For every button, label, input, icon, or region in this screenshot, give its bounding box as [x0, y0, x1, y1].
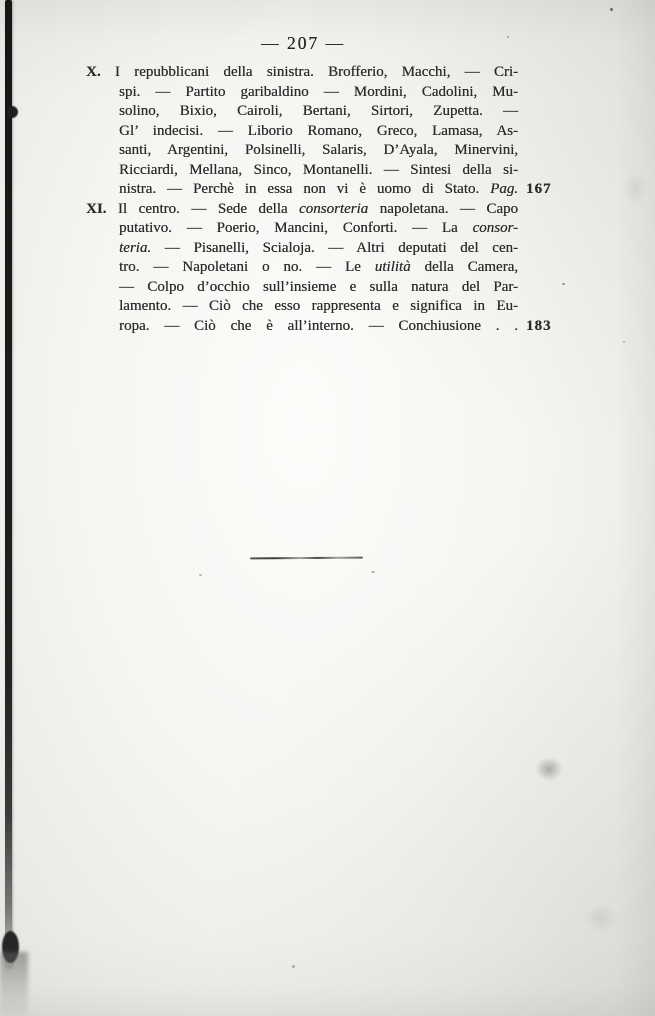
toc-line: teria. — Pisanelli, Scialoja. — Altri de…	[88, 239, 518, 259]
running-head-page-number: — 207 —	[88, 33, 518, 54]
toc-line: Gl’ indecisi. — Liborio Romano, Greco, L…	[88, 122, 518, 142]
toc-text-segment: santi, Argentini, Polsinelli, Salaris, D…	[119, 142, 518, 158]
toc-line: lamento. — Ciò che esso rappresenta e si…	[88, 297, 518, 317]
toc-text-segment: teria.	[119, 240, 151, 256]
toc-text-segment: spi. — Partito garibaldino — Mordini, Ca…	[119, 84, 518, 100]
toc-text-segment: Il centro. — Sede della	[118, 201, 299, 217]
gutter-shadow-fade	[0, 952, 28, 1016]
toc-line: tro. — Napoletani o no. — Le utilità del…	[88, 258, 518, 278]
toc-text-segment: della Camera,	[411, 259, 518, 275]
toc-entry: X. I repubblicani della sinistra. Broffe…	[88, 63, 518, 200]
toc-line: spi. — Partito garibaldino — Mordini, Ca…	[88, 83, 518, 103]
toc-text-segment: Gl’ indecisi. — Liborio Romano, Greco, L…	[119, 123, 518, 139]
entry-page-number: 183	[526, 317, 552, 337]
entry-numeral: XI.	[86, 201, 118, 217]
scanned-page: — 207 — X. I repubblicani della sinistra…	[0, 0, 655, 1016]
toc-line: ropa. — Ciò che è all’interno. — Conchiu…	[88, 317, 518, 337]
toc-line: nistra. — Perchè in essa non vi è uomo d…	[88, 180, 518, 200]
toc-line: XI. Il centro. — Sede della consorteria …	[86, 200, 518, 220]
toc-text-segment: ropa. — Ciò che è all’interno. — Conchiu…	[119, 318, 518, 334]
toc-text-segment: — Pisanelli, Scialoja. — Altri deputati …	[151, 240, 518, 256]
toc-line: santi, Argentini, Polsinelli, Salaris, D…	[88, 141, 518, 161]
toc-line: X. I repubblicani della sinistra. Broffe…	[86, 63, 518, 83]
toc-entry: XI. Il centro. — Sede della consorteria …	[88, 200, 518, 337]
toc-line: — Colpo d’occhio sull’insieme e sulla na…	[88, 278, 518, 298]
section-divider-rule	[250, 557, 363, 560]
book-gutter-notch	[8, 106, 18, 118]
toc-text-segment: putativo. — Poerio, Mancini, Conforti. —…	[119, 220, 472, 236]
toc-text-segment: solino, Bixio, Cairoli, Bertani, Sirtori…	[119, 103, 518, 119]
toc-text-segment: nistra. — Perchè in essa non vi è uomo d…	[119, 181, 490, 197]
toc-text-segment: consorteria	[299, 201, 368, 217]
toc-text-segment: napoletana. — Capo	[368, 201, 518, 217]
toc-entries: X. I repubblicani della sinistra. Broffe…	[88, 63, 518, 336]
toc-text-segment: Ricciardi, Mellana, Sinco, Montanelli. —…	[119, 162, 518, 178]
entry-page-number: 167	[526, 180, 552, 200]
scan-speck	[199, 574, 202, 576]
toc-text-segment: lamento. — Ciò che esso rappresenta e si…	[119, 298, 518, 314]
toc-text-segment: I repubblicani della sinistra. Brofferio…	[115, 64, 518, 80]
toc-line: solino, Bixio, Cairoli, Bertani, Sirtori…	[88, 102, 518, 122]
entry-numeral: X.	[86, 64, 115, 80]
scan-stain	[532, 754, 566, 784]
toc-text-segment: — Colpo d’occhio sull’insieme e sulla na…	[119, 279, 518, 295]
scan-speck	[623, 341, 625, 343]
book-gutter-shadow	[5, 0, 12, 968]
scan-speck	[371, 571, 375, 573]
toc-text-segment: utilità	[375, 259, 411, 275]
scan-speck	[292, 965, 295, 968]
scan-stain	[580, 900, 622, 936]
toc-text-segment: tro. — Napoletani o no. — Le	[119, 259, 375, 275]
scan-stain	[620, 168, 650, 208]
toc-text-segment: Pag.	[490, 181, 518, 197]
scan-speck	[610, 8, 613, 11]
toc-text-segment: consor-	[472, 220, 518, 236]
toc-line: putativo. — Poerio, Mancini, Conforti. —…	[88, 219, 518, 239]
scan-speck	[562, 283, 565, 285]
toc-line: Ricciardi, Mellana, Sinco, Montanelli. —…	[88, 161, 518, 181]
